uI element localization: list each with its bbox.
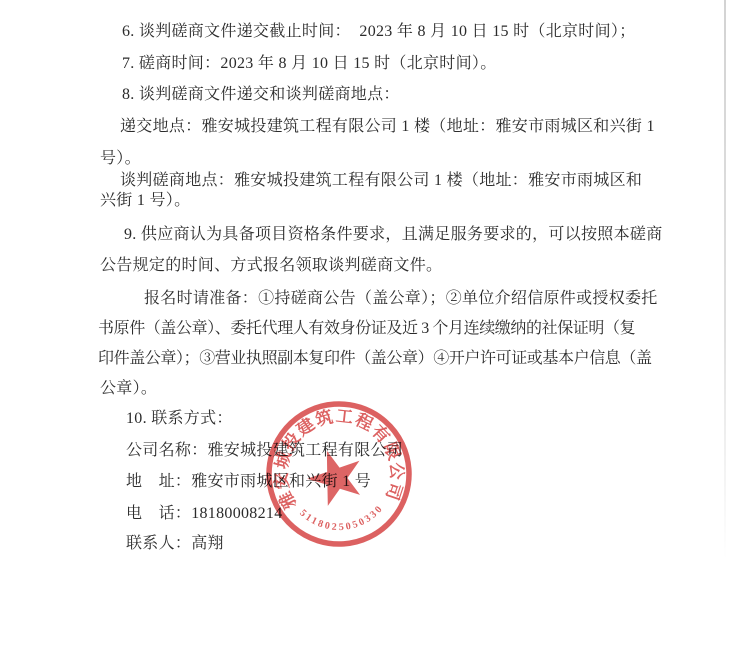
- seal-number-text: 5118025050330: [297, 502, 388, 536]
- document-line: 公章）。: [100, 378, 157, 400]
- document-line: 公司名称：雅安城投建筑工程有限公司: [126, 440, 403, 462]
- document-line: 号）。: [100, 148, 141, 170]
- document-line: 印件盖公章）；③营业执照副本复印件（盖公章）④开户许可证或基本户信息（盖: [98, 348, 652, 370]
- document-line: 10. 联系方式：: [126, 408, 233, 430]
- document-line: 6. 谈判磋商文件递交截止时间： 2023 年 8 月 10 日 15 时（北京…: [122, 21, 636, 43]
- document-line: 报名时请准备：①持磋商公告（盖公章）；②单位介绍信原件或授权委托: [144, 288, 658, 310]
- page-edge-line: [724, 0, 726, 560]
- document-line: 联系人：高翔: [126, 533, 224, 555]
- document-line: 谈判磋商地点：雅安城投建筑工程有限公司 1 楼（地址：雅安市雨城区和: [120, 170, 642, 192]
- document-line: 兴街 1 号）。: [100, 190, 190, 212]
- document-line: 7. 磋商时间：2023 年 8 月 10 日 15 时（北京时间）。: [122, 53, 497, 75]
- document-line: 地 址：雅安市雨城区和兴街 1 号: [126, 471, 371, 493]
- document-line: 书原件（盖公章）、委托代理人有效身份证及近 3 个月连续缴纳的社保证明（复: [98, 318, 635, 340]
- document-line: 电 话：18180008214: [126, 503, 283, 525]
- document-line: 递交地点：雅安城投建筑工程有限公司 1 楼（地址：雅安市雨城区和兴街 1: [120, 116, 655, 138]
- document-line: 9. 供应商认为具备项目资格条件要求，且满足服务要求的，可以按照本磋商: [124, 224, 663, 246]
- document-line: 8. 谈判磋商文件递交和谈判磋商地点：: [122, 84, 400, 106]
- document-page: 6. 谈判磋商文件递交截止时间： 2023 年 8 月 10 日 15 时（北京…: [0, 0, 732, 653]
- document-line: 公告规定的时间、方式报名领取谈判磋商文件。: [100, 255, 442, 277]
